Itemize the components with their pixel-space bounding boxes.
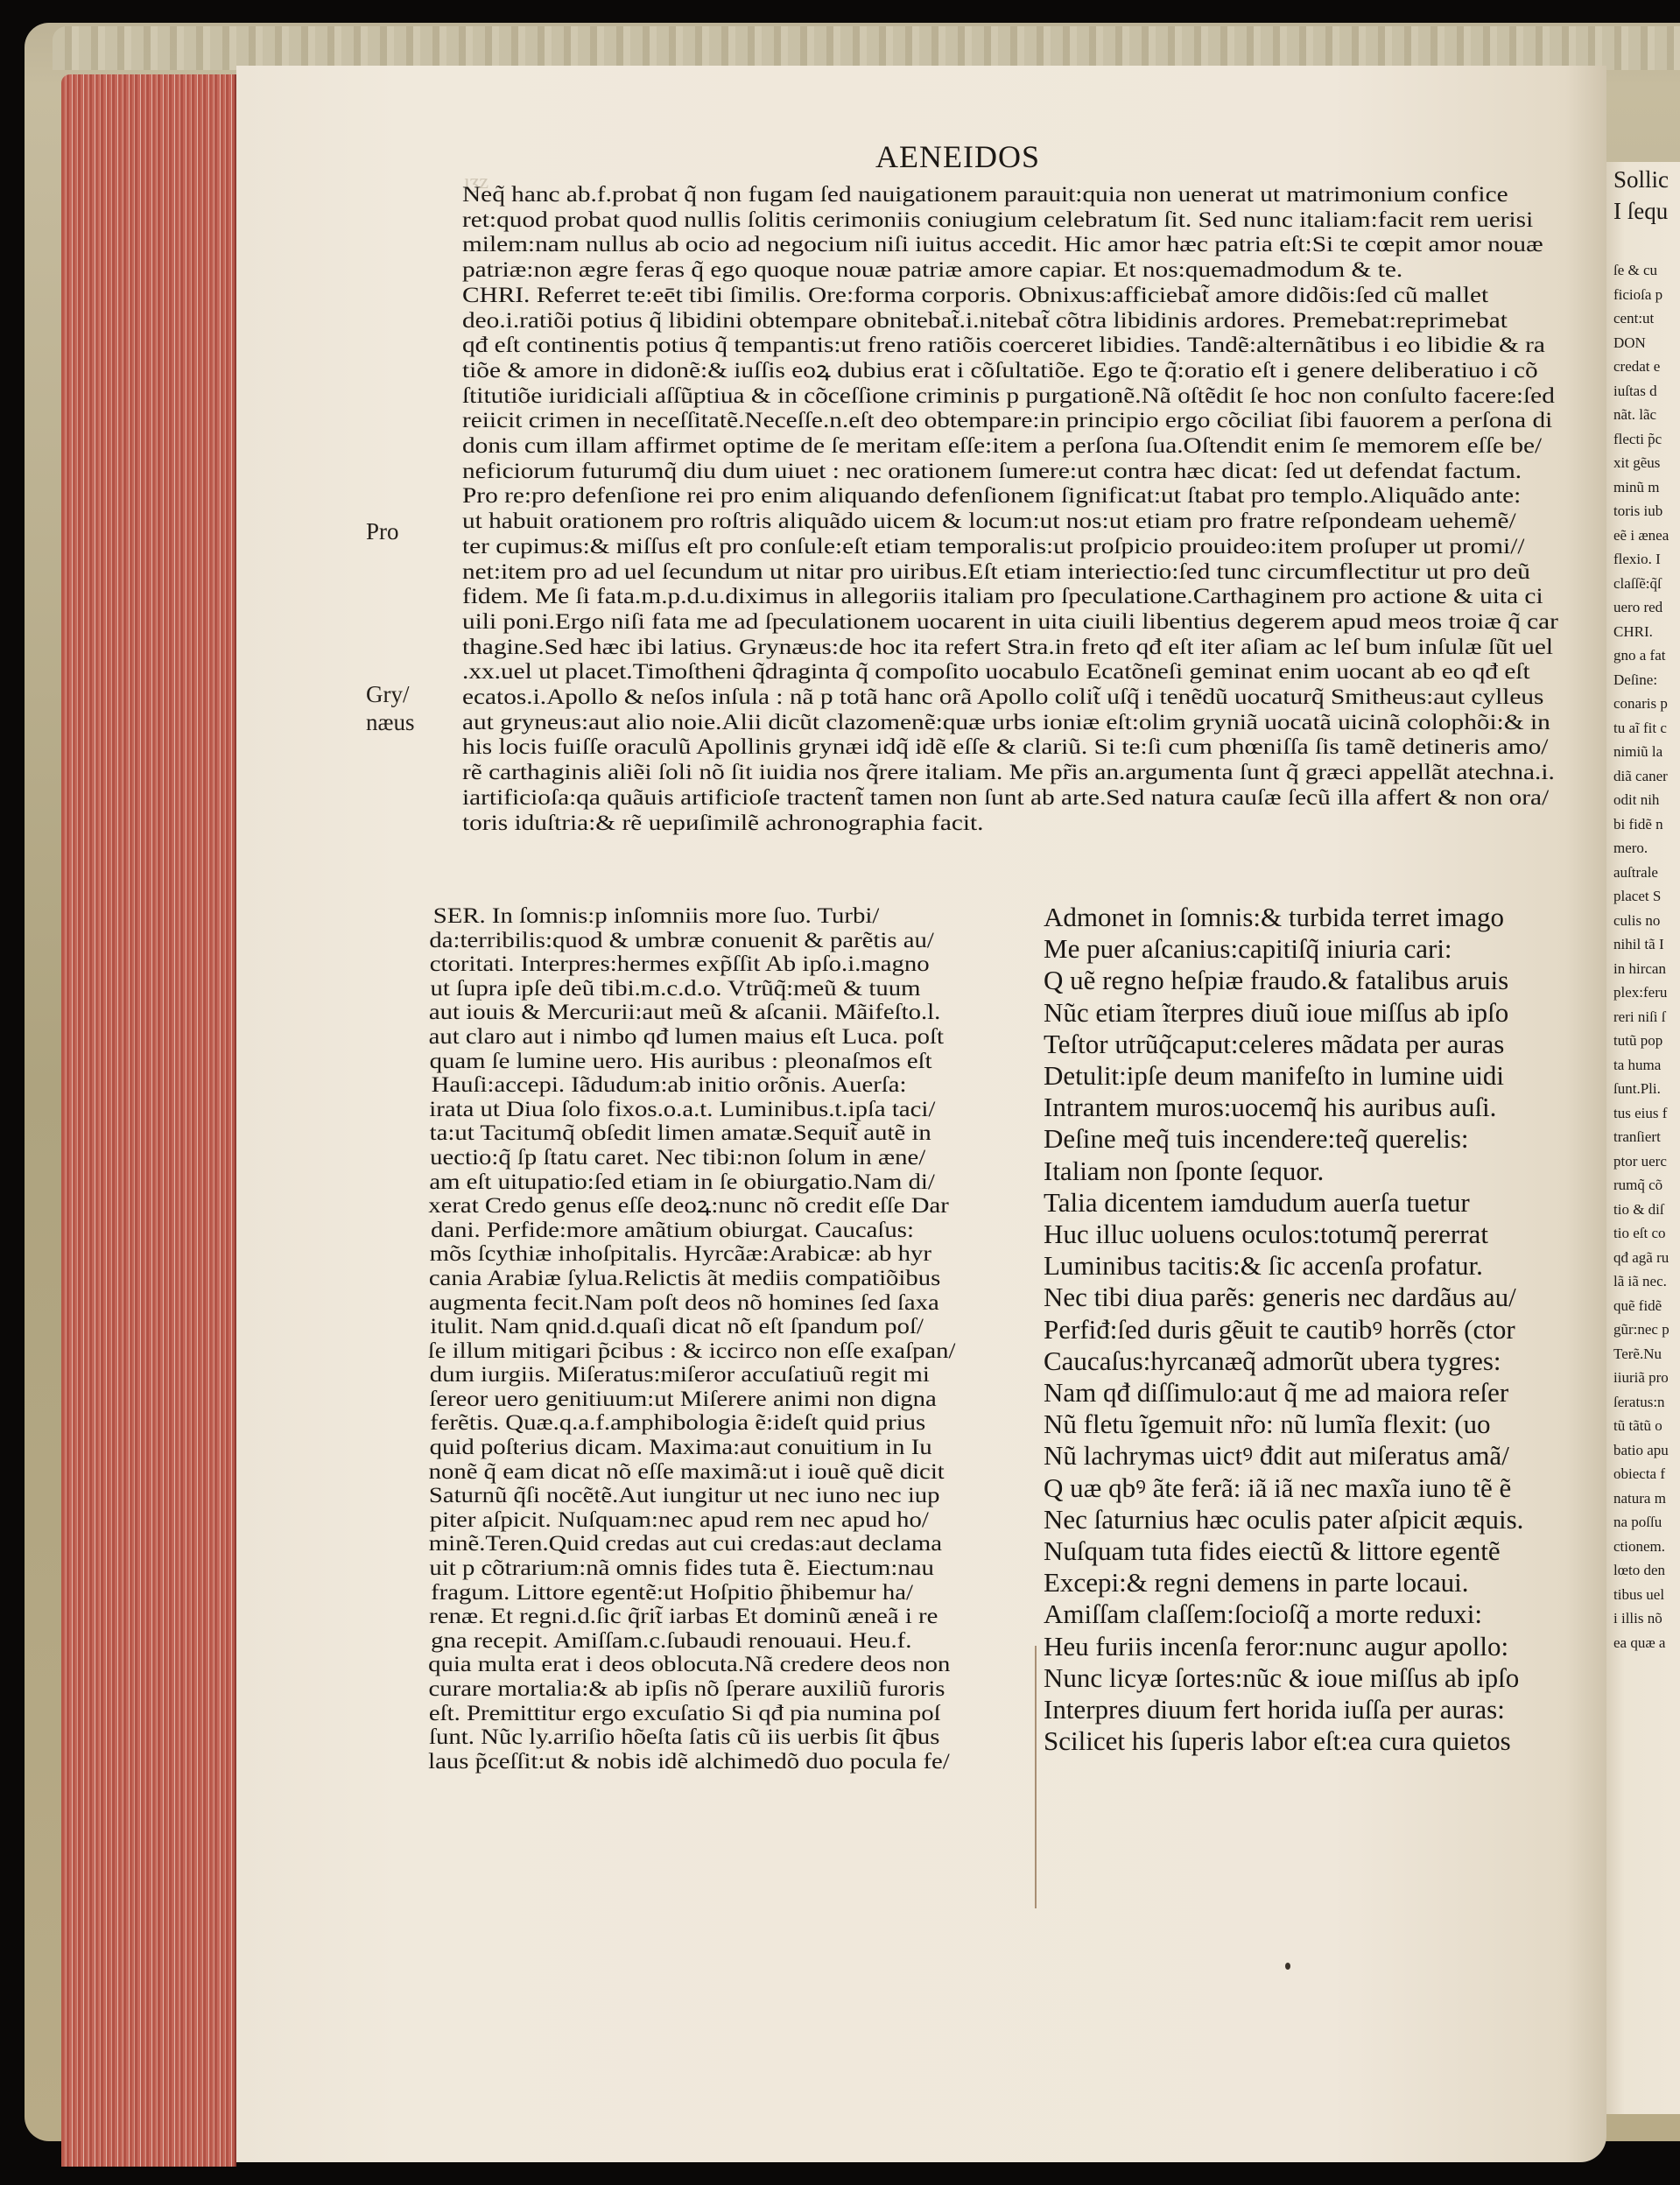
facing-line: xit gẽus	[1606, 451, 1680, 475]
commentary-line: eſt. Premittitur ergo excuſatio Si qđ pi…	[429, 1702, 940, 1726]
commentary-line: ſtitutiõe iuridiciali aſſũptiua & in cõc…	[462, 383, 1555, 409]
red-fore-edge	[61, 74, 236, 2167]
facing-line: ctionem.	[1606, 1535, 1680, 1559]
commentary-line: aut claro aut i nimbo qđ lumen maius eſt…	[429, 1025, 945, 1050]
facing-line: flecti p̃c	[1606, 427, 1680, 452]
commentary-line: xerat Credo genus eſſe deoꝝ:nunc nõ cred…	[428, 1194, 949, 1219]
full-width-commentary: Neq̃ hanc ab.f.probat q̃ non fugam ſed n…	[462, 182, 1583, 835]
commentary-line: curare mortalia:& ab ipſis nõ ſperare au…	[429, 1677, 945, 1702]
facing-line: in hircan	[1606, 957, 1680, 981]
commentary-line: ter cupimus:& miſſus eſt pro conſule:eſt…	[462, 534, 1524, 559]
facing-line: cent:ut	[1606, 306, 1680, 331]
verse-line: Admonet in ſomnis:& turbida terret imago	[1044, 902, 1582, 933]
facing-line: ſunt.Pli.	[1606, 1077, 1680, 1101]
verse-line: Teſtor utrũq̃caput:celeres mãdata per au…	[1044, 1029, 1582, 1060]
facing-line: qđ agã ru	[1606, 1246, 1680, 1270]
facing-line: credat e	[1606, 355, 1680, 379]
facing-line: Deſine:	[1606, 668, 1680, 692]
commentary-line: irata ut Diua ſolo fixos.o.a.t. Luminibu…	[429, 1098, 935, 1122]
facing-line: claſſẽ:q̃ſ	[1606, 572, 1680, 596]
commentary-line: itulit. Nam qnid.d.quaſi dicat nõ eſt ſp…	[430, 1315, 924, 1339]
commentary-line: qđ eſt continentis potius q̃ tempantis:u…	[462, 333, 1545, 358]
commentary-line: reiicit crimen in neceſſitatẽ.Neceſſe.n.…	[462, 408, 1552, 433]
facing-line: ficioſa p	[1606, 283, 1680, 307]
facing-line: toris iub	[1606, 499, 1680, 523]
verse-line: Caucaſus:hyrcanæq̃ admorũt ubera tygres:	[1044, 1345, 1582, 1377]
facing-line: ſeratus:n	[1606, 1390, 1680, 1415]
commentary-line: da:terribilis:quod & umbræ conuenit & pa…	[429, 929, 933, 953]
facing-line: tutũ pop	[1606, 1029, 1680, 1053]
facing-line: tio & diſ	[1606, 1198, 1680, 1222]
commentary-line: ferẽtis. Quæ.q.a.f.amphibologia ẽ:ideſt …	[430, 1411, 925, 1436]
commentary-line: augmenta fecit.Nam poſt deos nõ homines …	[429, 1291, 939, 1316]
commentary-line: ta:ut Tacitumq̃ obſedit limen amatæ.Sequ…	[430, 1121, 931, 1146]
commentary-line: Hauſi:accepi. Iãdudum:ab initio orõnis. …	[432, 1073, 907, 1098]
facing-line: natura m	[1606, 1486, 1680, 1511]
facing-line: na poſſu	[1606, 1510, 1680, 1535]
commentary-line: ut ſupra ipſe deũ tibi.m.c.d.o. Vtrũq̃:m…	[430, 977, 920, 1001]
facing-line: tu aĩ fit c	[1606, 716, 1680, 741]
facing-line: culis no	[1606, 909, 1680, 933]
commentary-line: neficiorum futurumq̃ diu dum uiuet : nec…	[462, 459, 1522, 484]
facing-line: ptor uerc	[1606, 1149, 1680, 1174]
facing-line: gũr:nec p	[1606, 1317, 1680, 1342]
facing-line: tibus uel	[1606, 1583, 1680, 1607]
verse-line: Nunc licyæ ſortes:nũc & ioue miſſus ab i…	[1044, 1662, 1582, 1694]
verse-line: Detulit:ipſe deum manifeſto in lumine ui…	[1044, 1060, 1582, 1092]
facing-line: tranſiert	[1606, 1125, 1680, 1149]
commentary-line: donis cum illam affirmet optime de ſe me…	[462, 433, 1542, 459]
verse-line: Luminibus tacitis:& ſic accenſa profatur…	[1044, 1250, 1582, 1282]
commentary-line: fragum. Littore egentẽ:ut Hoſpitio p̃hib…	[431, 1581, 913, 1605]
facing-line: rumq̃ cõ	[1606, 1173, 1680, 1198]
facing-line: auſtrale	[1606, 861, 1680, 885]
facing-line: nimiũ la	[1606, 740, 1680, 764]
commentary-line: ret:quod probat quod nullis ſolitis ceri…	[462, 207, 1534, 233]
verse-line: Amiſſam claſſem:ſocioſq̃ a morte reduxi:	[1044, 1598, 1582, 1630]
facing-line: diã caner	[1606, 764, 1680, 789]
facing-line: conaris p	[1606, 692, 1680, 716]
facing-line: iiuriã pro	[1606, 1366, 1680, 1390]
verse-line: Nec tibi diua parẽs: generis nec dardãus…	[1044, 1282, 1582, 1313]
commentary-line: gna recepit. Amiſſam.c.ſubaudi renouaui.…	[431, 1629, 912, 1654]
commentary-line: milem:nam nullus ab ocio ad negocium niſ…	[462, 232, 1543, 257]
verse-line: Huc illuc uoluens oculos:totumq̃ pererra…	[1044, 1219, 1582, 1250]
facing-line: Terẽ.Nu	[1606, 1342, 1680, 1367]
facing-head-line: Sollic	[1606, 164, 1680, 195]
verse-line: Heu furiis incenſa feror:nunc augur apol…	[1044, 1631, 1582, 1662]
facing-line: tio eſt co	[1606, 1221, 1680, 1246]
commentary-line: .xx.uel ut placet.Timoſtheni q̃draginta …	[462, 659, 1530, 685]
facing-line: gno a fat	[1606, 643, 1680, 668]
binding-head-edge	[53, 26, 1680, 70]
margin-note-grynaeus-2: næus	[366, 709, 415, 736]
verse-line: Talia dicentem iamdudum auerſa tuetur	[1044, 1187, 1582, 1219]
facing-line: odit nih	[1606, 788, 1680, 812]
facing-line: placet S	[1606, 884, 1680, 909]
verse-line: Italiam non ſponte ſequor.	[1044, 1156, 1582, 1187]
commentary-line: dum iurgiis. Miſeratus:miſeror accuſatiu…	[430, 1363, 931, 1388]
commentary-line: fidem. Me ſi fata.m.p.d.u.diximus in all…	[462, 584, 1543, 609]
facing-line: flexio. I	[1606, 547, 1680, 572]
verse-line: Interpres diuum fert horida iuſſa per au…	[1044, 1694, 1582, 1725]
verse-line: Nũ fletu ĩgemuit nr̃o: nũ lumĩa flexit: …	[1044, 1409, 1582, 1440]
commentary-line: his locis fuiſſe oraculũ Apollinis grynæ…	[462, 734, 1549, 760]
verse-line: Me puer aſcanius:capitiſq̃ iniuria cari:	[1044, 933, 1582, 965]
verse-line: Nam qđ diſſimulo:aut q̃ me ad maiora reſ…	[1044, 1377, 1582, 1409]
facing-line: reri niſi ſ	[1606, 1005, 1680, 1029]
facing-line: batio apu	[1606, 1438, 1680, 1463]
commentary-line: quia multa erat i deos oblocuta.Nã crede…	[428, 1653, 951, 1677]
facing-line: minũ m	[1606, 475, 1680, 500]
commentary-column: SER. In ſomnis:p inſomniis more ſuo. Tur…	[462, 904, 1036, 1774]
margin-note-grynaeus-1: Gry/	[366, 681, 410, 708]
commentary-line: CHRI. Referret te:eēt tibi ſimilis. Ore:…	[462, 283, 1488, 308]
facing-line: ea quæ a	[1606, 1631, 1680, 1655]
verse-line: Scilicet his ſuperis labor eſt:ea cura q…	[1044, 1725, 1582, 1757]
commentary-line: cania Arabiæ ſylua.Relictis ãt mediis co…	[429, 1267, 940, 1291]
facing-line: lœto den	[1606, 1558, 1680, 1583]
commentary-line: rẽ carthaginis aliẽi ſoli nõ ſit iuidia …	[462, 760, 1555, 785]
commentary-line: renæ. Et regni.d.ſic q̃rit̃ iarbas Et do…	[429, 1605, 938, 1629]
marginal-brace	[1035, 1646, 1047, 1908]
commentary-line: quam ſe lumine uero. His auribus : pleon…	[430, 1050, 932, 1074]
verse-column: Admonet in ſomnis:& turbida terret imago…	[1044, 902, 1582, 1757]
commentary-line: ſereor uero genitiuum:ut Miſerere animi …	[429, 1388, 937, 1412]
verse-line: Q uæ qbꝰ ãte ferã: iã iã nec maxĩa iuno …	[1044, 1472, 1582, 1504]
facing-line: uero red	[1606, 595, 1680, 620]
facing-line: DON	[1606, 331, 1680, 355]
ink-spot	[1285, 1963, 1290, 1970]
commentary-line: iartificioſa:qa quãuis artificioſe tract…	[462, 785, 1549, 811]
commentary-line: piter aſpicit. Nuſquam:nec apud rem nec …	[430, 1508, 929, 1533]
facing-line: eẽ i ænea	[1606, 523, 1680, 548]
commentary-line: tiõe & amore in didonẽ:& iuſſis eoꝝ dubi…	[462, 358, 1537, 383]
commentary-line: am eſt uitupatio:ſed etiam in ſe obiurga…	[429, 1170, 934, 1195]
commentary-line: patriæ:non ægre feras q̃ ego quoque nouæ…	[462, 257, 1402, 283]
facing-line: quẽ fidẽ	[1606, 1294, 1680, 1318]
commentary-line: nonẽ q̃ eam dicat nõ eſſe maximã:ut i io…	[429, 1460, 945, 1485]
commentary-line: deo.i.ratiõi potius q̃ libidini obtempar…	[462, 308, 1508, 334]
facing-line: obiecta f	[1606, 1462, 1680, 1486]
commentary-line: laus p̃ceſſit:ut & nobis idẽ alchimedõ d…	[428, 1750, 950, 1774]
commentary-line: minẽ.Teren.Quid credas aut cui credas:au…	[429, 1532, 943, 1556]
facing-line: ta huma	[1606, 1053, 1680, 1078]
commentary-line: aut gryneus:aut alio noie.Alii dicũt cla…	[462, 710, 1550, 735]
facing-line: nihil tã I	[1606, 932, 1680, 957]
facing-line: tũ tãtũ o	[1606, 1414, 1680, 1438]
facing-line: tus eius f	[1606, 1101, 1680, 1126]
facing-line: lã iã nec.	[1606, 1269, 1680, 1294]
verse-line: Nec ſaturnius hæc oculis pater aſpicit æ…	[1044, 1504, 1582, 1535]
commentary-line: Saturnũ q̃ſi nocẽtẽ.Aut iungitur ut nec …	[429, 1484, 940, 1508]
commentary-line: mõs ſcythiæ inhoſpitalis. Hyrcãæ:Arabicæ…	[430, 1242, 932, 1267]
verse-line: Perfiđ:ſed duris gẽuit te cautibꝰ horrẽs…	[1044, 1314, 1582, 1345]
commentary-line: SER. In ſomnis:p inſomniis more ſuo. Tur…	[433, 904, 879, 929]
commentary-line: Pro re:pro defenſione rei pro enim aliqu…	[462, 483, 1522, 509]
verse-line: Deſine meq̃ tuis incendere:teq̃ querelis…	[1044, 1123, 1582, 1155]
running-head: AENEIDOS	[875, 138, 1040, 175]
verse-line: Nũc etiam ĩterpres diuũ ioue miſſus ab i…	[1044, 997, 1582, 1029]
commentary-line: ctoritati. Interpres:hermes exp̃ſſit Ab …	[430, 952, 929, 977]
facing-line: ſe & cu	[1606, 258, 1680, 283]
commentary-line: Neq̃ hanc ab.f.probat q̃ non fugam ſed n…	[462, 182, 1508, 207]
facing-line: nãt. lãc	[1606, 403, 1680, 427]
verse-line: Excepi:& regni demens in parte locaui.	[1044, 1567, 1582, 1598]
commentary-line: net:item pro ad uel ſecundum ut nitar pr…	[462, 559, 1530, 585]
commentary-line: quid poſterius dicam. Maxima:aut conuiti…	[430, 1436, 932, 1460]
commentary-line: aut iouis & Mercurii:aut meũ & aſcanii. …	[429, 1001, 940, 1025]
verse-line: Nũ lachrymas uictꝰ đdit aut miſeratus am…	[1044, 1440, 1582, 1472]
commentary-line: ut habuit orationem pro roſtris aliquãdo…	[462, 509, 1516, 534]
commentary-line: ſe illum mitigari p̃cibus : & iccirco no…	[428, 1339, 956, 1364]
margin-note-pro: Pro	[366, 518, 399, 545]
commentary-line: uili poni.Ergo niſi fata me ad ſpeculati…	[462, 609, 1558, 635]
facing-line: iuſtas d	[1606, 379, 1680, 404]
verse-line: Nuſquam tuta fides eiectũ & littore egen…	[1044, 1535, 1582, 1567]
verse-line: Intrantem muros:uocemq̃ his auribus auſi…	[1044, 1092, 1582, 1123]
facing-line: plex:feru	[1606, 980, 1680, 1005]
commentary-line: thagine.Sed hæc ibi latius. Grynæus:de h…	[462, 635, 1554, 660]
commentary-line: uit p cõtrarium:nã omnis fides tuta ẽ. E…	[429, 1556, 933, 1581]
facing-line: mero.	[1606, 836, 1680, 861]
commentary-line: uectio:q̃ ſp ſtatu caret. Nec tibi:non ſ…	[430, 1146, 925, 1170]
facing-line: CHRI.	[1606, 620, 1680, 644]
commentary-line: dani. Perfide:more amãtium obiurgat. Cau…	[431, 1219, 914, 1243]
verse-line: Q uẽ regno heſpiæ fraudo.& fatalibus aru…	[1044, 965, 1582, 996]
commentary-line: ſunt. Nũc ly.arriſio hõeſta ſatis cũ iis…	[429, 1725, 939, 1750]
commentary-line: toris iduſtria:& rẽ uериſimilẽ achronogr…	[462, 811, 984, 836]
commentary-line: ecatos.i.Apollo & neſos inſula : nã p to…	[462, 685, 1543, 710]
facing-line: bi fidẽ n	[1606, 812, 1680, 837]
facing-head-line: I ſequ	[1606, 195, 1680, 227]
facing-recto-page: Sollic I ſequ ſe & cuficioſa pcent:utDON…	[1606, 162, 1680, 2114]
facing-line: i illis nõ	[1606, 1606, 1680, 1631]
